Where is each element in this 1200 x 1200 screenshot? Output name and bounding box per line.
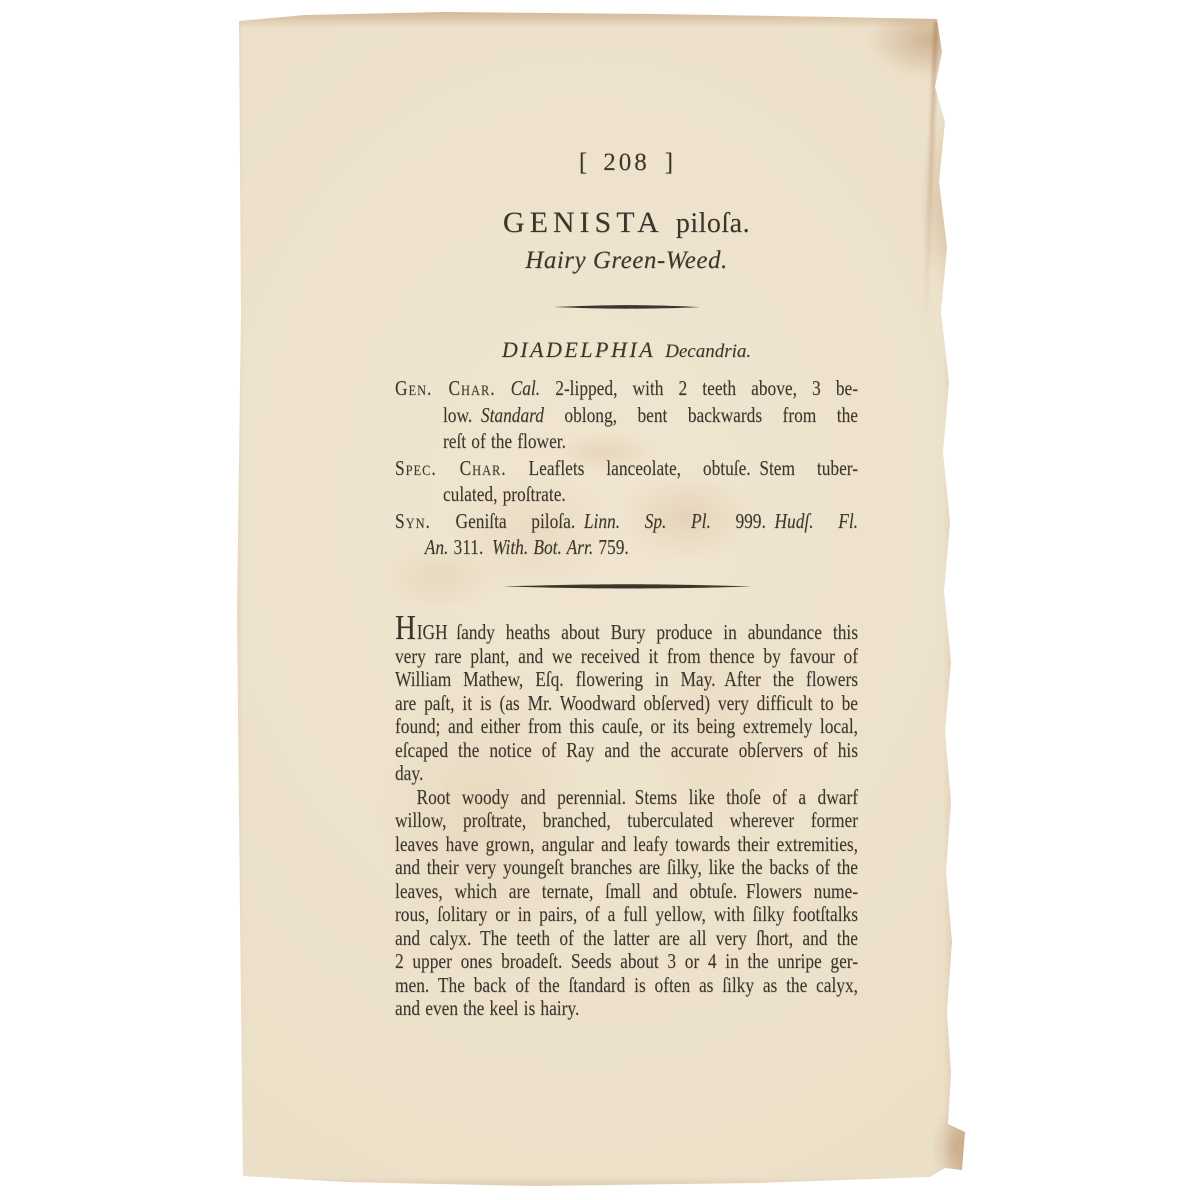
characters-block: Gen. Char. Cal. 2-lipped, with 2 teeth a…: [395, 375, 858, 561]
text-segment-sc: Gen. Char.: [395, 376, 496, 400]
genus-name: GENISTA: [503, 206, 664, 239]
page-number-bracket-open: [: [579, 149, 588, 176]
species-epithet: piloſa.: [676, 208, 750, 239]
text-segment-i: An.: [425, 535, 449, 559]
text-line: Root woody and perennial. Stems like tho…: [395, 786, 858, 810]
text-segment-r: reſt of the flower.: [443, 429, 566, 453]
text-segment-r: 2 upper ones broadeſt. Seeds about 3 or …: [395, 949, 858, 973]
class-name: DIADELPHIA: [502, 337, 655, 362]
text-line: Syn. Geniſta piloſa. Linn. Sp. Pl. 999. …: [395, 508, 858, 535]
text-segment-init: H: [395, 608, 417, 647]
text-line: willow, proſtrate, branched, tuberculate…: [395, 809, 858, 833]
text-line: William Mathew, Eſq. flowering in May. A…: [395, 668, 858, 692]
text-line: HIGH ſandy heaths about Bury produce in …: [395, 621, 858, 645]
text-line: and calyx. The teeth of the latter are a…: [395, 927, 858, 951]
text-segment-sc: Syn.: [395, 509, 431, 533]
description-text: HIGH ſandy heaths about Bury produce in …: [395, 621, 858, 1021]
text-segment-i: Linn. Sp. Pl.: [584, 509, 711, 533]
text-line: An. 311. With. Bot. Arr. 759.: [395, 534, 858, 561]
text-segment-r: culated, proſtrate.: [443, 482, 566, 506]
text-segment-r: leaves have grown, angular and leafy tow…: [395, 832, 858, 856]
text-segment-r: very rare plant, and we received it from…: [395, 644, 858, 668]
order-name: Decandria.: [665, 341, 751, 362]
text-line: reſt of the flower.: [395, 428, 858, 455]
swelled-rule-bottom: [395, 583, 858, 601]
text-line: men. The back of the ſtandard is often a…: [395, 974, 858, 998]
text-segment-r: willow, proſtrate, branched, tuberculate…: [395, 808, 858, 832]
text-segment-r: William Mathew, Eſq. flowering in May. A…: [395, 667, 858, 691]
text-segment-r: rous, ſolitary or in pairs, of a full ye…: [395, 902, 858, 926]
text-line: and even the keel is hairy.: [395, 997, 858, 1021]
rule-glyph: [503, 583, 751, 590]
text-line: 2 upper ones broadeſt. Seeds about 3 or …: [395, 950, 858, 974]
text-segment-r: 759.: [593, 535, 629, 559]
text-segment-r: Root woody and perennial. Stems like tho…: [416, 785, 858, 809]
text-segment-i: Cal.: [511, 376, 540, 400]
text-segment-r: Geniſta piloſa.: [431, 509, 584, 533]
common-name: Hairy Green-Weed.: [395, 244, 858, 278]
text-segment-r: are paſt, it is (as Mr. Woodward obſerve…: [395, 691, 858, 715]
text-line: day.: [395, 762, 858, 786]
swelled-rule-top: [395, 304, 858, 322]
classification-line: DIADELPHIADecandria.: [395, 335, 858, 368]
text-segment-r: and even the keel is hairy.: [395, 996, 579, 1020]
species-title: GENISTApiloſa.: [395, 202, 858, 243]
text-segment-r: [496, 376, 511, 400]
scan-background: [208] GENISTApiloſa. Hairy Green-Weed. D…: [0, 0, 1200, 1200]
text-line: leaves, which are ternate, ſmall and obt…: [395, 880, 858, 904]
text-line: rous, ſolitary or in pairs, of a full ye…: [395, 903, 858, 927]
text-line: found; and either from this cauſe, or it…: [395, 715, 858, 739]
text-segment-r: low.: [443, 403, 481, 427]
text-segment-i: Hudſ. Fl.: [775, 509, 858, 533]
page-number-value: 208: [603, 149, 650, 176]
text-segment-r: 999.: [711, 509, 775, 533]
text-segment-r: 311.: [448, 535, 492, 559]
text-line: and their very youngeſt branches are ſil…: [395, 856, 858, 880]
page-content: [208] GENISTApiloſa. Hairy Green-Weed. D…: [235, 12, 967, 1189]
text-segment-r: day.: [395, 761, 423, 785]
text-line: Spec. Char. Leaflets lanceolate, obtuſe.…: [395, 455, 858, 482]
text-segment-r: and calyx. The teeth of the latter are a…: [395, 926, 858, 950]
text-segment-i: Standard: [481, 403, 544, 427]
rule-glyph: [554, 304, 700, 310]
text-line: Gen. Char. Cal. 2-lipped, with 2 teeth a…: [395, 375, 858, 402]
text-segment-r: 2-lipped, with 2 teeth above, 3 be-: [540, 376, 858, 400]
text-segment-r: leaves, which are ternate, ſmall and obt…: [395, 879, 858, 903]
text-line: very rare plant, and we received it from…: [395, 645, 858, 669]
text-segment-r: eſcaped the notice of Ray and the accura…: [395, 738, 858, 762]
text-segment-r: men. The back of the ſtandard is often a…: [395, 973, 858, 997]
book-page: [208] GENISTApiloſa. Hairy Green-Weed. D…: [235, 12, 967, 1189]
page-number-bracket-close: ]: [665, 149, 674, 176]
text-segment-r: Leaflets lanceolate, obtuſe. Stem tuber-: [507, 456, 858, 480]
text-line: leaves have grown, angular and leafy tow…: [395, 833, 858, 857]
page-number: [208]: [395, 146, 858, 180]
text-segment-r: found; and either from this cauſe, or it…: [395, 714, 858, 738]
text-segment-r: IGH ſandy heaths about Bury produce in a…: [417, 620, 858, 644]
text-segment-i: With. Bot. Arr.: [492, 535, 593, 559]
text-line: culated, proſtrate.: [395, 481, 858, 508]
text-segment-r: and their very youngeſt branches are ſil…: [395, 855, 858, 879]
text-line: low. Standard oblong, bent backwards fro…: [395, 402, 858, 429]
text-line: eſcaped the notice of Ray and the accura…: [395, 739, 858, 763]
text-segment-sc: Spec. Char.: [395, 456, 507, 480]
text-line: are paſt, it is (as Mr. Woodward obſerve…: [395, 692, 858, 716]
text-segment-r: oblong, bent backwards from the: [544, 403, 858, 427]
